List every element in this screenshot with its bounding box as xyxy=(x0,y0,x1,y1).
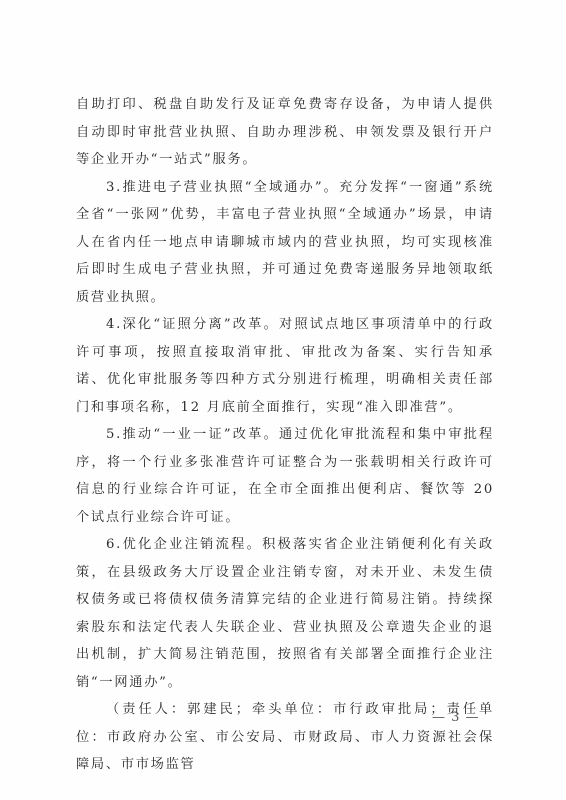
paragraph-item-6: 6.优化企业注销流程。积极落实省企业注销便利化有关政策，在县级政务大厅设置企业注… xyxy=(76,531,494,696)
paragraph-item-5: 5.推动“一业一证”改革。通过优化审批流程和集中审批程序，将一个行业多张准营许可… xyxy=(76,421,494,531)
paragraph-item-4: 4.深化“证照分离”改革。对照试点地区事项清单中的行政许可事项，按照直接取消审批… xyxy=(76,311,494,421)
paragraph-item-3: 3.推进电子营业执照“全域通办”。充分发挥“一窗通”系统全省“一张网”优势，丰富… xyxy=(76,174,494,312)
paragraph-continuation: 自助打印、税盘自助发行及证章免费寄存设备，为申请人提供自动即时审批营业执照、自助… xyxy=(76,91,494,174)
paragraph-responsibility: （责任人：郭建民；牵头单位：市行政审批局；责任单位：市政府办公室、市公安局、市财… xyxy=(76,696,494,779)
document-body: 自助打印、税盘自助发行及证章免费寄存设备，为申请人提供自动即时审批营业执照、自助… xyxy=(76,91,494,779)
page-number: — 3 — xyxy=(432,710,480,725)
document-page: 自助打印、税盘自助发行及证章免费寄存设备，为申请人提供自动即时审批营业执照、自助… xyxy=(0,0,566,800)
